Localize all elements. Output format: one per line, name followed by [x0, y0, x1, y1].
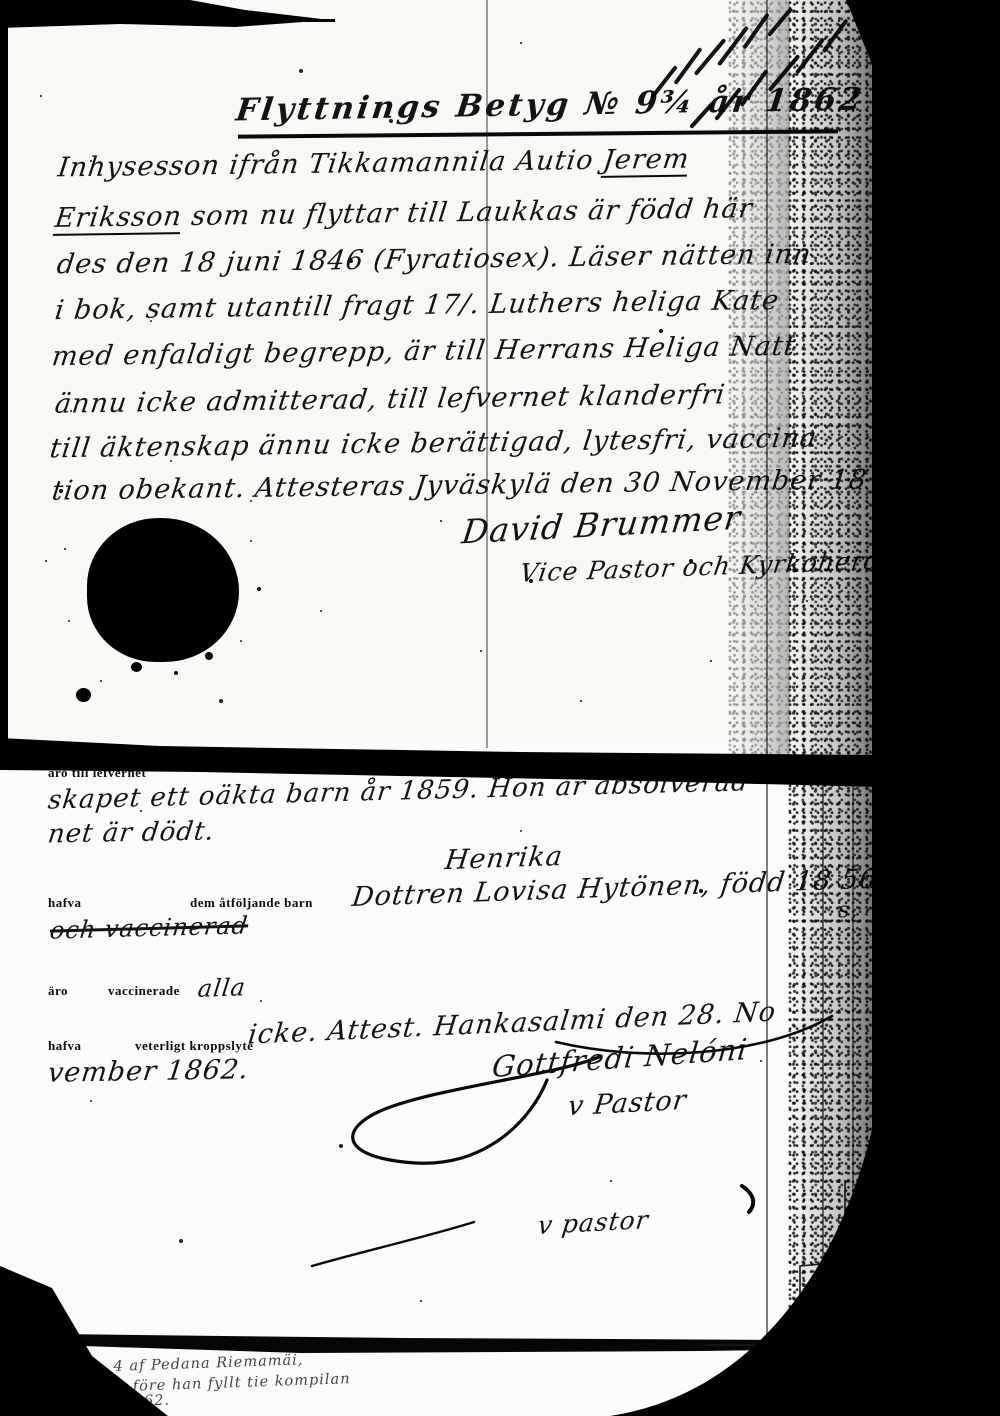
- noise-band-right: [788, 0, 880, 1416]
- handwritten-alla: alla: [197, 975, 248, 1001]
- pencil-note-line-3: d. 4/7. 62.: [85, 1393, 171, 1412]
- form-label-vaccinerade: vaccinerade: [108, 983, 180, 999]
- ink-splatter-dot-2: [76, 688, 91, 702]
- scanned-document: Flyttnings Betyg № 9¾ år 1862 Inhysesson…: [0, 0, 1000, 1416]
- ink-splatter-dot-3: [205, 652, 213, 660]
- handwritten-net-line: net är dödt.: [46, 819, 216, 848]
- form-label-lefvernet: äro till lefvernet: [48, 765, 146, 781]
- form-label-hafva-2: hafva: [48, 1038, 82, 1054]
- ink-blot: [87, 518, 239, 662]
- black-margin-right: [872, 0, 1000, 1416]
- form-label-barn: dem åtföljande barn: [190, 895, 313, 911]
- handwritten-henrika: Henrika: [443, 843, 564, 874]
- form-label-hafva-1: hafva: [48, 895, 82, 911]
- signature-repeat-v-pastor: v pastor: [537, 1207, 651, 1238]
- line-1-underlined-name: Jerem: [601, 144, 691, 178]
- ink-splatter-dot-1: [131, 662, 142, 672]
- line-2-underlined-name: Eriksson: [53, 201, 184, 236]
- handwritten-vember-line: vember 1862.: [46, 1056, 250, 1087]
- noise-band-inner: [728, 0, 790, 760]
- handwritten-struck-vaccinerad: och vaccinerad: [49, 913, 250, 942]
- signature-title-v-pastor: v Pastor: [566, 1087, 688, 1120]
- paper-specks: [0, 0, 2, 2]
- form-label-kroppslyte: veterligt kroppslyte: [135, 1038, 253, 1054]
- form-label-aro: äro: [48, 983, 68, 999]
